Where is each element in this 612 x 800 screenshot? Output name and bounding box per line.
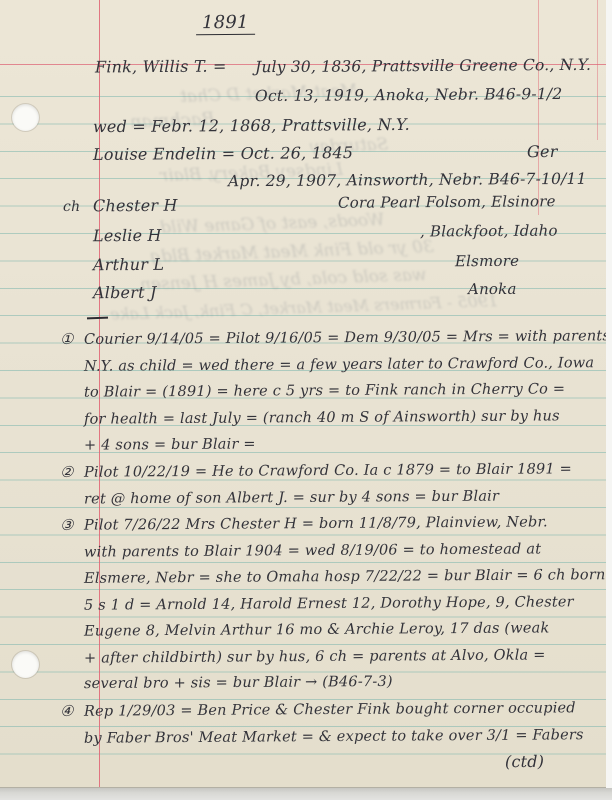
note-number: ② <box>60 463 74 481</box>
page-title: 1891 <box>196 12 255 33</box>
right-edge-margin-line <box>597 0 598 140</box>
marriage-line: wed = Febr. 12, 1868, Prattsville, N.Y. <box>93 115 410 136</box>
note-line: + 4 sons = bur Blair = <box>84 436 256 453</box>
child-name: Albert J <box>93 283 157 302</box>
scanned-document: Meat Market D Chat Bachman Saturday Lind… <box>0 0 612 800</box>
note-line: to Blair = (1891) = here c 5 yrs = to Fi… <box>84 381 565 400</box>
child-note: Cora Pearl Folsom, Elsinore <box>338 192 556 212</box>
note-line: Eugene 8, Melvin Arthur 16 mo & Archie L… <box>84 620 550 639</box>
spouse-name-birth: Louise Endelin = Oct. 26, 1845 <box>93 143 353 164</box>
note-line: 5 s 1 d = Arnold 14, Harold Ernest 12, D… <box>84 594 574 613</box>
note-line: several bro + sis = bur Blair → (B46-7-3… <box>84 674 393 692</box>
scan-edge-bottom <box>0 788 612 800</box>
continuation-mark: (ctd) <box>505 752 544 771</box>
child-note: , Blackfoot, Idaho <box>420 222 558 241</box>
hole-punch-top <box>12 104 39 131</box>
note-line: Pilot 10/22/19 = He to Crawford Co. Ia c… <box>84 461 572 480</box>
person-name: Fink, Willis T. = <box>95 57 227 77</box>
page-title-year: 1891 <box>196 12 255 35</box>
note-line: for health = last July = (ranch 40 m S o… <box>84 408 560 427</box>
child-note: Anoka <box>468 280 517 298</box>
child-note: Elsmore <box>455 252 519 270</box>
note-line: Rep 1/29/03 = Ben Price & Chester Fink b… <box>84 700 576 719</box>
spouse-origin: Ger <box>527 142 558 161</box>
spouse-death: Apr. 29, 1907, Ainsworth, Nebr. B46-7-10… <box>228 170 587 191</box>
person-birth: July 30, 1836, Prattsville Greene Co., N… <box>255 56 591 76</box>
person-death: Oct. 13, 1919, Anoka, Nebr. B46-9-1/2 <box>255 85 562 105</box>
note-line: with parents to Blair 1904 = wed 8/19/06… <box>84 541 541 560</box>
note-line: Pilot 7/26/22 Mrs Chester H = born 11/8/… <box>84 514 548 533</box>
note-number: ③ <box>60 516 74 534</box>
children-label: ch <box>63 199 80 215</box>
child-name: Leslie H <box>93 226 162 245</box>
hole-punch-bottom <box>12 651 39 678</box>
note-line: ret @ home of son Albert J. = sur by 4 s… <box>84 489 499 508</box>
child-name: Arthur L <box>93 255 164 274</box>
note-number: ④ <box>60 702 74 720</box>
child-name: Chester H <box>93 196 178 216</box>
note-line: + after childbirth) sur by hus, 6 ch = p… <box>84 647 546 666</box>
scan-edge-right <box>606 0 612 800</box>
note-number: ① <box>60 330 74 348</box>
